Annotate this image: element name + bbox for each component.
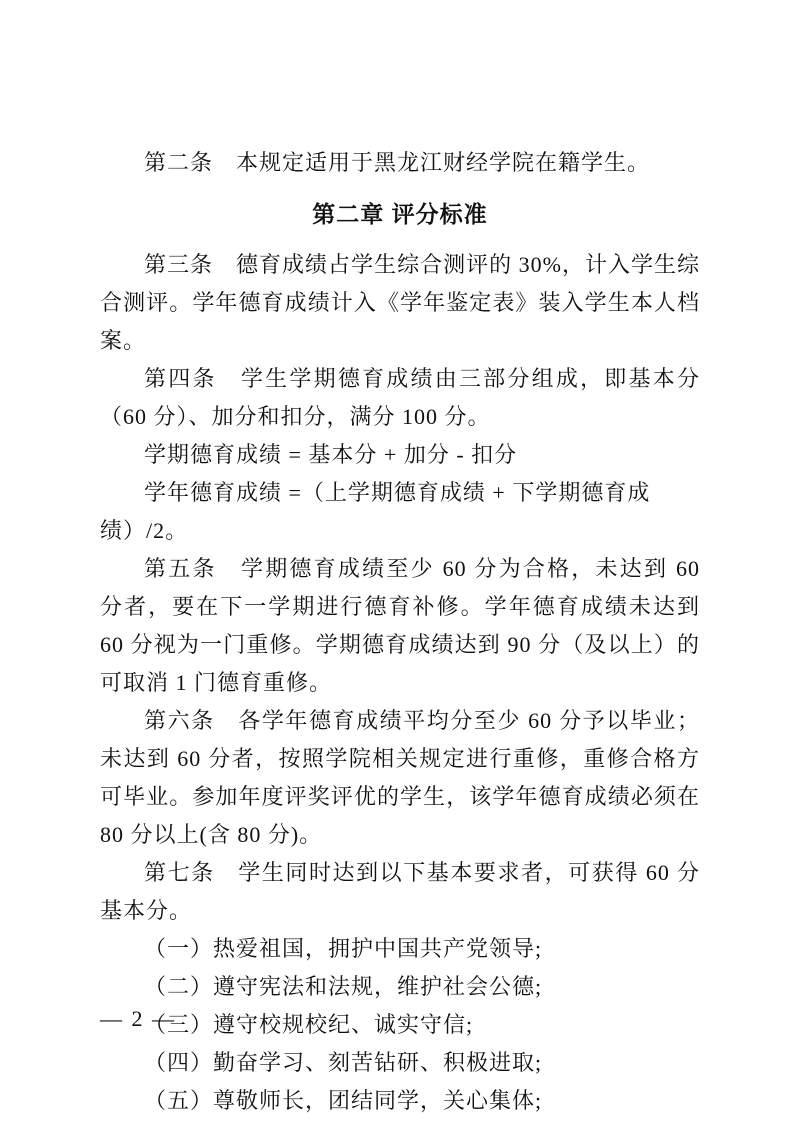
- chapter-2-heading: 第二章 评分标准: [100, 195, 700, 233]
- document-page: 第二条 本规定适用于黑龙江财经学院在籍学生。 第二章 评分标准 第三条 德育成绩…: [0, 0, 793, 1122]
- page-number: — 2 —: [100, 1000, 176, 1038]
- article-3-paragraph: 第三条 德育成绩占学生综合测评的 30%，计入学生综合测评。学年德育成绩计入《学…: [100, 246, 700, 360]
- requirement-item-4: （四）勤奋学习、刻苦钻研、积极进取;: [100, 1044, 700, 1082]
- article-5-paragraph: 第五条 学期德育成绩至少 60 分为合格，未达到 60 分者，要在下一学期进行德…: [100, 550, 700, 702]
- article-2-paragraph: 第二条 本规定适用于黑龙江财经学院在籍学生。: [100, 144, 700, 182]
- article-4-paragraph: 第四条 学生学期德育成绩由三部分组成，即基本分（60 分）、加分和扣分，满分 1…: [100, 360, 700, 436]
- requirement-item-5: （五）尊敬师长，团结同学，关心集体;: [100, 1082, 700, 1120]
- requirement-item-1: （一）热爱祖国，拥护中国共产党领导;: [100, 930, 700, 968]
- article-6-paragraph: 第六条 各学年德育成绩平均分至少 60 分予以毕业；未达到 60 分者，按照学院…: [100, 702, 700, 854]
- article-7-paragraph: 第七条 学生同时达到以下基本要求者，可获得 60 分基本分。: [100, 854, 700, 930]
- document-content: 第二条 本规定适用于黑龙江财经学院在籍学生。 第二章 评分标准 第三条 德育成绩…: [100, 144, 700, 1120]
- requirement-item-3: （三）遵守校规校纪、诚实守信;: [100, 1006, 700, 1044]
- semester-score-formula: 学期德育成绩 = 基本分 + 加分 - 扣分: [100, 436, 700, 474]
- year-score-formula: 学年德育成绩 =（上学期德育成绩 + 下学期德育成绩）/2。: [100, 474, 700, 550]
- requirement-item-2: （二）遵守宪法和法规，维护社会公德;: [100, 968, 700, 1006]
